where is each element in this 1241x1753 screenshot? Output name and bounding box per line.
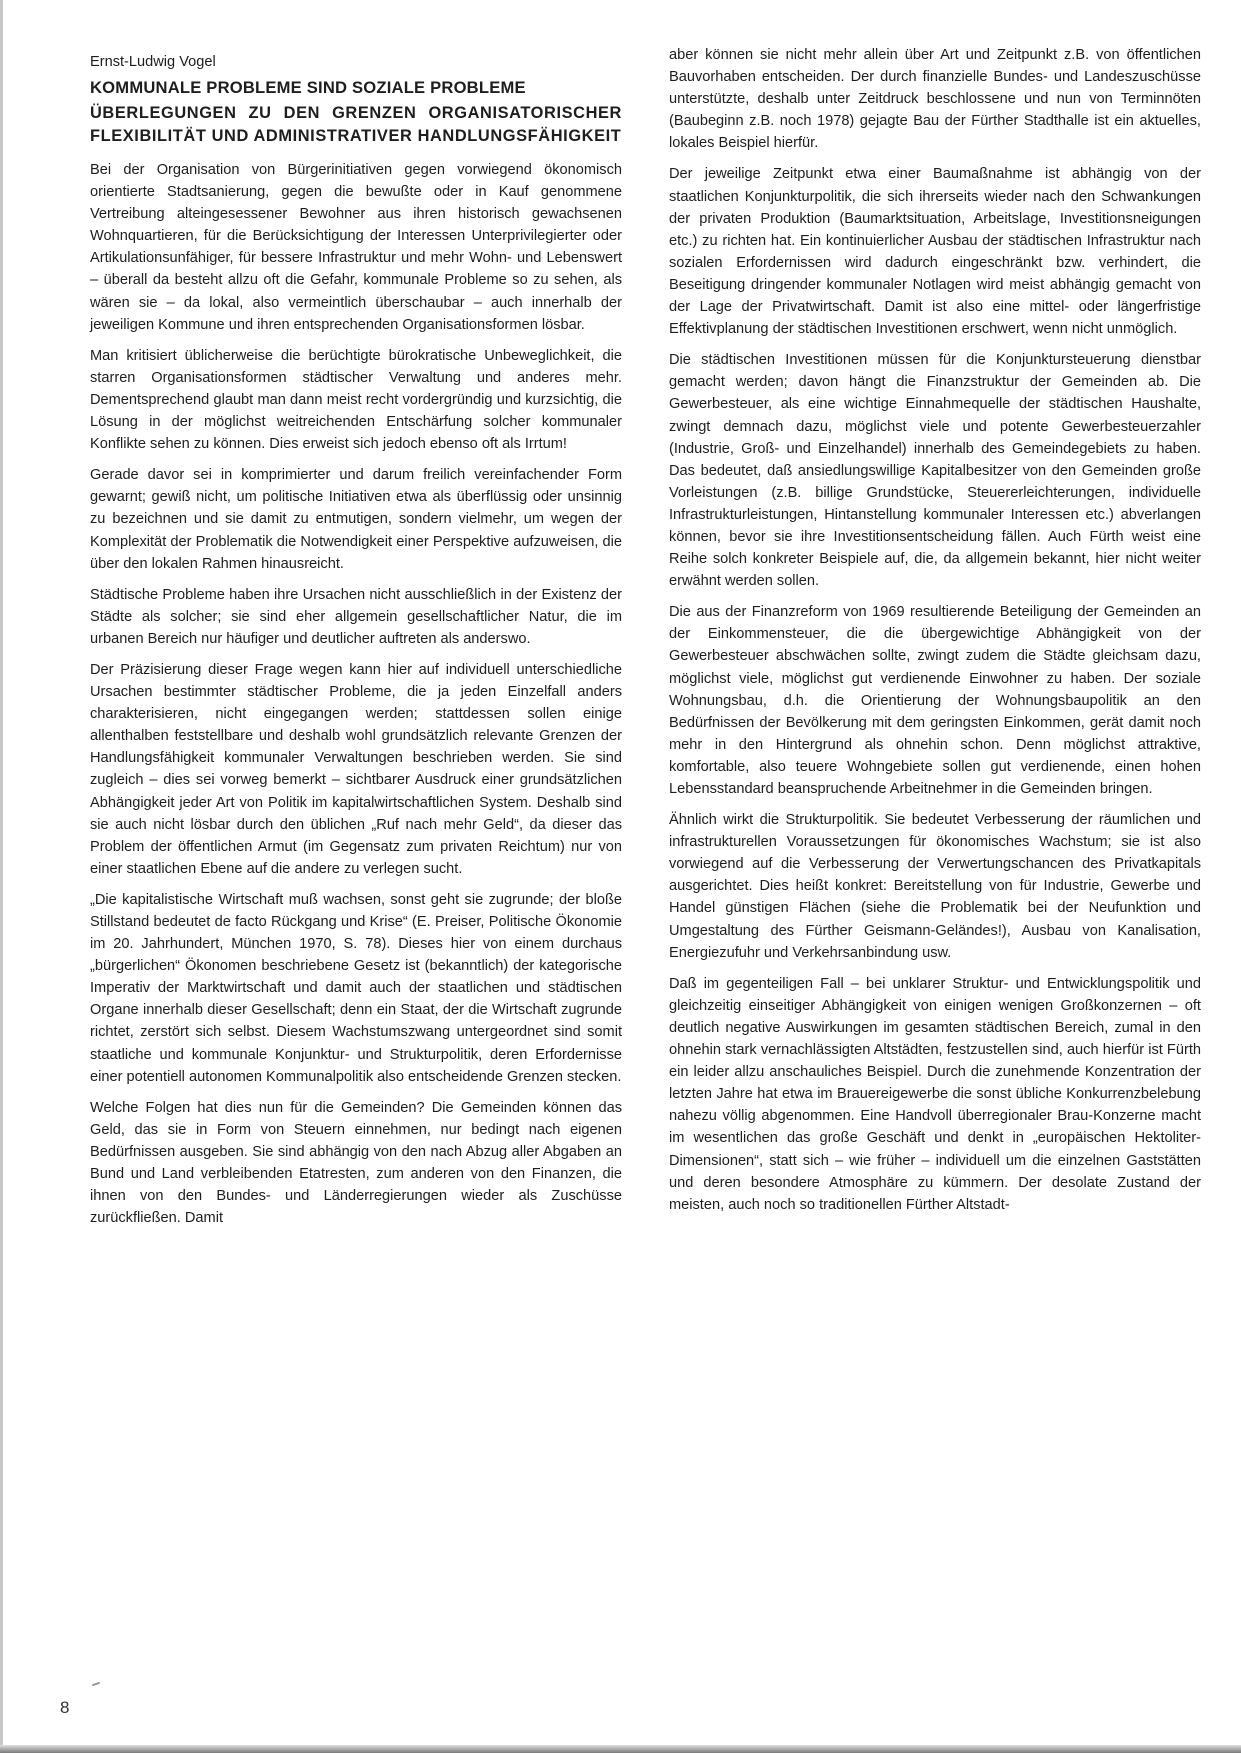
left-column: Ernst-Ludwig Vogel KOMMUNALE PROBLEME SI… — [90, 52, 622, 1238]
right-column: aber können sie nicht mehr allein über A… — [669, 44, 1201, 1225]
paragraph: Daß im gegenteiligen Fall – bei unklarer… — [669, 973, 1201, 1216]
paragraph: Die aus der Finanzreform von 1969 result… — [669, 601, 1201, 800]
paragraph: Ähnlich wirkt die Strukturpolitik. Sie b… — [669, 809, 1201, 964]
paragraph: aber können sie nicht mehr allein über A… — [669, 44, 1201, 154]
paragraph: Gerade davor sei in komprimierter und da… — [90, 464, 622, 574]
paragraph: Der Präzisierung dieser Frage wegen kann… — [90, 659, 622, 880]
scan-artifact-mark — [92, 1682, 100, 1687]
author-name: Ernst-Ludwig Vogel — [90, 52, 622, 72]
paragraph: Bei der Organisation von Bürgerinitiativ… — [90, 159, 622, 336]
page-number: 8 — [60, 1698, 69, 1718]
paragraph: „Die kapitalistische Wirtschaft muß wach… — [90, 889, 622, 1088]
paragraph: Welche Folgen hat dies nun für die Gemei… — [90, 1097, 622, 1230]
article-subtitle: ÜBERLEGUNGEN ZU DEN GRENZEN ORGANISATO­R… — [90, 102, 622, 147]
scan-page-edge-left — [0, 0, 3, 1753]
paragraph: Man kritisiert üblicherweise die berücht… — [90, 345, 622, 455]
paragraph: Der jeweilige Zeitpunkt etwa einer Bauma… — [669, 163, 1201, 340]
scan-page-edge-bottom — [0, 1745, 1241, 1753]
paragraph: Städtische Probleme haben ihre Ursachen … — [90, 584, 622, 650]
paragraph: Die städtischen Investitionen müssen für… — [669, 349, 1201, 592]
article-title: KOMMUNALE PROBLEME SIND SOZIALE PROBLEME — [90, 76, 622, 100]
